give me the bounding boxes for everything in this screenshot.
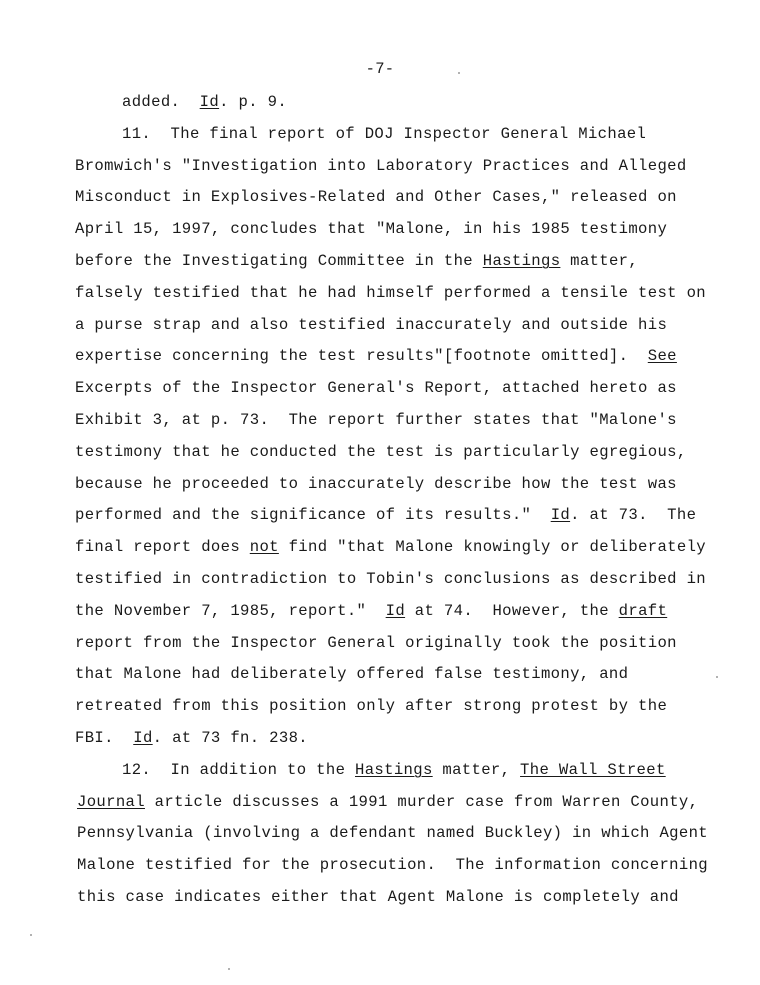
text-segment: April 15, 1997, concludes that "Malone, …	[75, 220, 667, 238]
text-segment: article discusses a 1991 murder case fro…	[145, 793, 698, 811]
underlined-citation: not	[250, 538, 279, 556]
text-line: performed and the significance of its re…	[75, 505, 696, 525]
text-segment: find "that Malone knowingly or deliberat…	[279, 538, 706, 556]
text-line: that Malone had deliberately offered fal…	[75, 664, 628, 684]
text-line: report from the Inspector General origin…	[75, 633, 677, 653]
text-segment: report from the Inspector General origin…	[75, 634, 677, 652]
text-line: falsely testified that he had himself pe…	[75, 283, 706, 303]
text-segment: . at 73. The	[570, 506, 696, 524]
text-segment: 12. In addition to the	[122, 761, 355, 779]
text-segment: at 74. However, the	[405, 602, 619, 620]
text-segment: 11. The final report of DOJ Inspector Ge…	[122, 125, 646, 143]
text-segment: falsely testified that he had himself pe…	[75, 284, 706, 302]
text-line: FBI. Id. at 73 fn. 238.	[75, 728, 308, 748]
text-segment: added.	[122, 93, 200, 111]
text-line: Pennsylvania (involving a defendant name…	[77, 823, 708, 843]
text-line: retreated from this position only after …	[75, 696, 667, 716]
text-line: 11. The final report of DOJ Inspector Ge…	[122, 124, 646, 144]
text-segment: the November 7, 1985, report."	[75, 602, 386, 620]
text-segment: because he proceeded to inaccurately des…	[75, 475, 677, 493]
text-segment: Pennsylvania (involving a defendant name…	[77, 824, 708, 842]
underlined-citation: Id	[133, 729, 152, 747]
underlined-citation: draft	[619, 602, 668, 620]
text-line: Misconduct in Explosives-Related and Oth…	[75, 187, 677, 207]
document-page: -7- added. Id. p. 9.11. The final report…	[0, 0, 760, 985]
text-segment: . at 73 fn. 238.	[153, 729, 308, 747]
page-number: -7-	[0, 60, 760, 78]
underlined-citation: See	[648, 347, 677, 365]
underlined-citation: Id	[200, 93, 219, 111]
scan-speck	[30, 934, 32, 936]
text-segment: Malone testified for the prosecution. Th…	[77, 856, 708, 874]
text-line: Excerpts of the Inspector General's Repo…	[75, 378, 677, 398]
text-line: April 15, 1997, concludes that "Malone, …	[75, 219, 667, 239]
text-segment: final report does	[75, 538, 250, 556]
underlined-citation: Hastings	[355, 761, 433, 779]
text-segment: Exhibit 3, at p. 73. The report further …	[75, 411, 677, 429]
text-line: this case indicates either that Agent Ma…	[77, 887, 679, 907]
text-line: before the Investigating Committee in th…	[75, 251, 638, 271]
text-line: final report does not find "that Malone …	[75, 537, 706, 557]
text-segment: that Malone had deliberately offered fal…	[75, 665, 628, 683]
text-segment: FBI.	[75, 729, 133, 747]
text-line: 12. In addition to the Hastings matter, …	[122, 760, 666, 780]
text-segment: this case indicates either that Agent Ma…	[77, 888, 679, 906]
text-segment: retreated from this position only after …	[75, 697, 667, 715]
text-segment: testimony that he conducted the test is …	[75, 443, 687, 461]
text-line: Malone testified for the prosecution. Th…	[77, 855, 708, 875]
text-line: Exhibit 3, at p. 73. The report further …	[75, 410, 677, 430]
text-segment: Misconduct in Explosives-Related and Oth…	[75, 188, 677, 206]
text-segment: a purse strap and also testified inaccur…	[75, 316, 667, 334]
underlined-citation: Id	[386, 602, 405, 620]
text-segment: matter,	[560, 252, 638, 270]
text-segment: performed and the significance of its re…	[75, 506, 551, 524]
text-line: because he proceeded to inaccurately des…	[75, 474, 677, 494]
text-segment: . p. 9.	[219, 93, 287, 111]
text-line: Bromwich's "Investigation into Laborator…	[75, 156, 687, 176]
text-line: testimony that he conducted the test is …	[75, 442, 687, 462]
text-segment: before the Investigating Committee in th…	[75, 252, 483, 270]
text-line: a purse strap and also testified inaccur…	[75, 315, 667, 335]
underlined-citation: The Wall Street	[520, 761, 666, 779]
text-line: Journal article discusses a 1991 murder …	[77, 792, 698, 812]
scan-speck	[716, 676, 718, 678]
text-line: testified in contradiction to Tobin's co…	[75, 569, 706, 589]
underlined-citation: Hastings	[483, 252, 561, 270]
underlined-citation: Id	[551, 506, 570, 524]
text-line: expertise concerning the test results"[f…	[75, 346, 677, 366]
text-segment: Excerpts of the Inspector General's Repo…	[75, 379, 677, 397]
underlined-citation: Journal	[77, 793, 145, 811]
scan-speck	[228, 968, 230, 970]
text-segment: matter,	[433, 761, 520, 779]
text-segment: testified in contradiction to Tobin's co…	[75, 570, 706, 588]
text-line: the November 7, 1985, report." Id at 74.…	[75, 601, 667, 621]
scan-speck	[458, 72, 460, 74]
text-line: added. Id. p. 9.	[122, 92, 287, 112]
text-segment: expertise concerning the test results"[f…	[75, 347, 648, 365]
text-segment: Bromwich's "Investigation into Laborator…	[75, 157, 687, 175]
